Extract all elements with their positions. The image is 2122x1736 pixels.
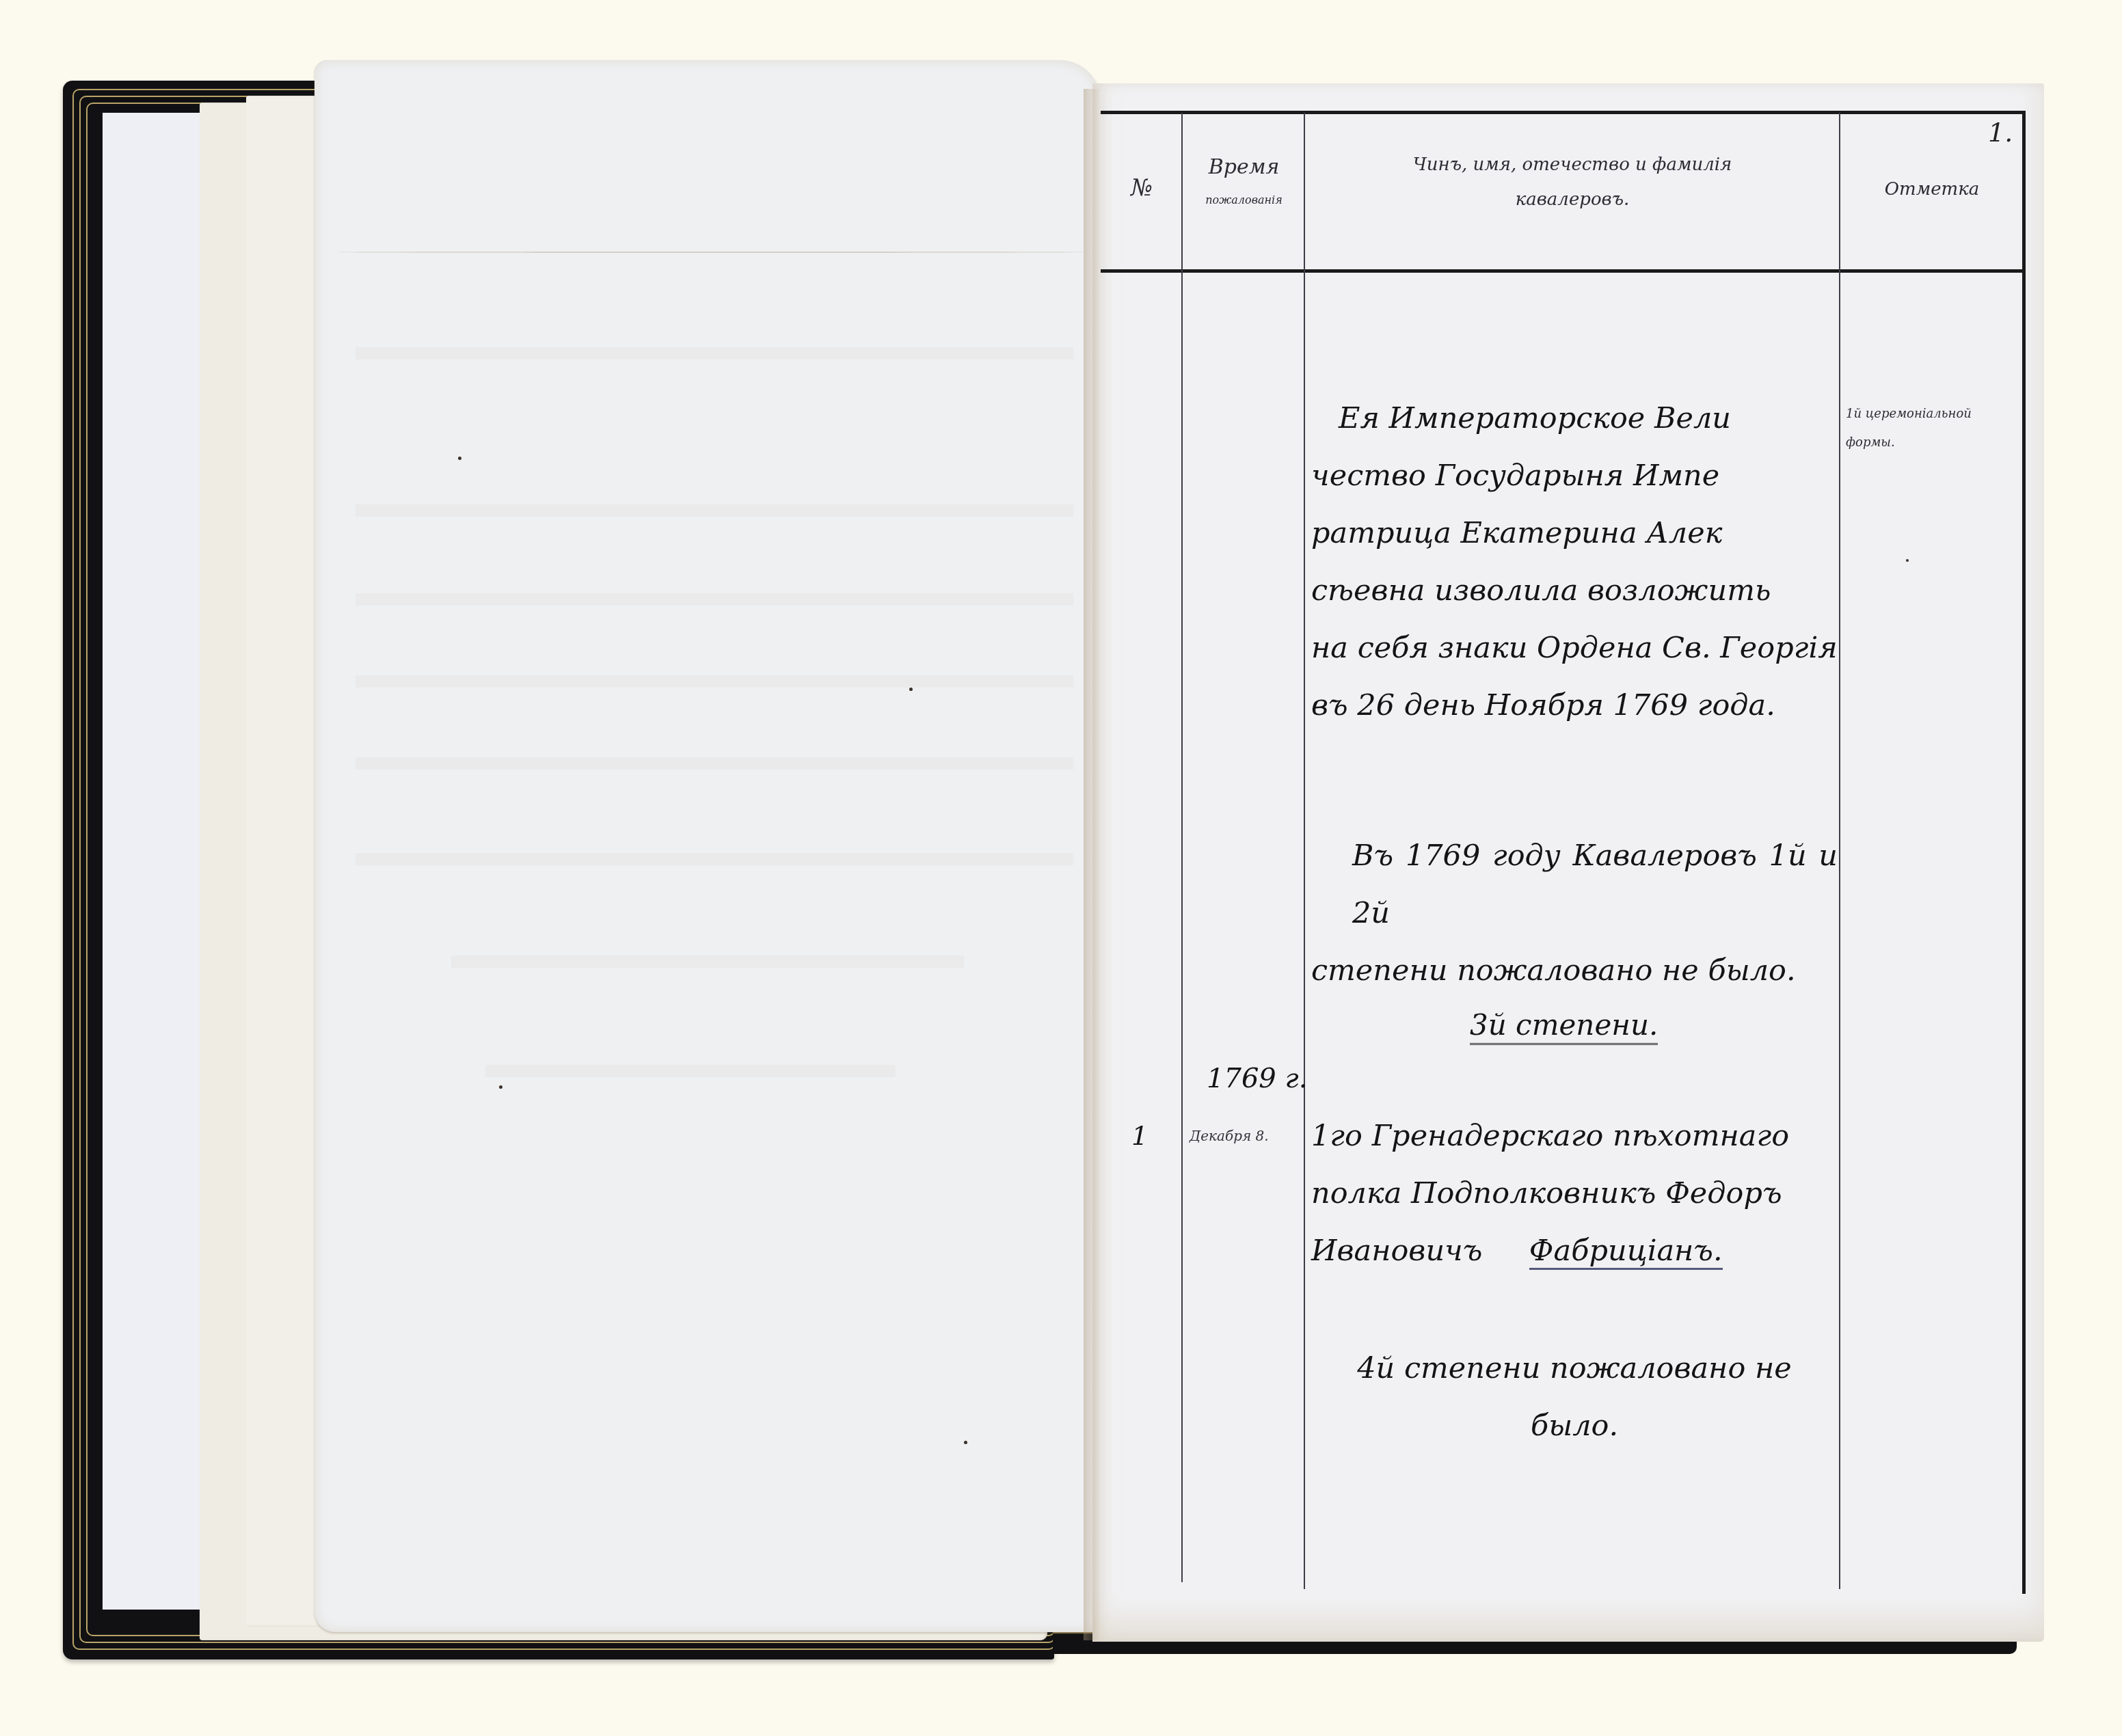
show-through-text xyxy=(485,1065,896,1077)
text-line: степени пожаловано не было. xyxy=(1311,942,1838,999)
column-header-no: № xyxy=(1102,171,1181,206)
gutter-shadow xyxy=(1084,89,1101,1640)
text-line: 4й степени пожаловано не xyxy=(1311,1340,1838,1397)
column-header-date-line2: пожалованія xyxy=(1184,192,1304,208)
show-through-text xyxy=(355,593,1073,606)
ink-speck xyxy=(499,1085,502,1089)
table-top-rule xyxy=(1101,111,2025,114)
text-line: ратрица Екатерина Алек xyxy=(1311,504,1838,562)
column-divider xyxy=(1839,113,1840,1589)
show-through-text xyxy=(355,347,1073,360)
margin-note: 1й церемоніальной формы. xyxy=(1846,400,2024,457)
ink-speck xyxy=(458,457,461,460)
text-line: въ 26 день Ноября 1769 года. xyxy=(1311,677,1838,734)
text-line: Ивановичъ Фабриціанъ. xyxy=(1311,1222,1838,1279)
notice-no-4th-class: 4й степени пожаловано не было. xyxy=(1311,1340,1838,1454)
show-through-text xyxy=(451,955,964,968)
show-through-text xyxy=(355,853,1073,865)
text-line: Въ 1769 году Кавалеровъ 1й и 2й xyxy=(1311,827,1838,942)
column-divider xyxy=(1181,113,1183,1582)
margin-note-line: формы. xyxy=(1846,429,2024,457)
column-header-name-line2: кавалеровъ. xyxy=(1307,187,1838,213)
column-divider xyxy=(1304,113,1305,1589)
text-line: полка Подполковникъ Федоръ xyxy=(1311,1165,1838,1222)
text-line: 1го Гренадерскаго пѣхотнаго xyxy=(1311,1107,1838,1165)
section-heading-3rd-class: 3й степени. xyxy=(1470,1008,1658,1042)
column-header-name-line1: Чинъ, имя, отечество и фамилія xyxy=(1307,152,1838,178)
margin-note-line: 1й церемоніальной xyxy=(1846,400,2024,429)
ink-speck xyxy=(964,1441,967,1444)
preamble-paragraph: Ея Императорское Вели чество Государыня … xyxy=(1311,390,1838,734)
entry-date: Декабря 8. xyxy=(1190,1128,1269,1144)
show-through-text xyxy=(355,757,1073,770)
entry-name: 1го Гренадерскаго пѣхотнаго полка Подпол… xyxy=(1311,1107,1838,1279)
table-right-rule xyxy=(2022,111,2026,1594)
entry-year: 1769 г. xyxy=(1207,1063,1307,1094)
column-header-note: Отметка xyxy=(1842,176,2022,203)
section-heading-text: 3й степени. xyxy=(1470,1008,1658,1045)
table-header-rule xyxy=(1101,269,2025,273)
text-line: сѣевна изволила возложить xyxy=(1311,562,1838,619)
ink-speck xyxy=(1906,559,1909,562)
show-through-text xyxy=(355,675,1073,688)
entry-number: 1 xyxy=(1131,1121,1148,1151)
left-page xyxy=(314,60,1101,1632)
text-line: на себя знаки Ордена Св. Георгія xyxy=(1311,619,1838,677)
notice-no-1st-2nd-class: Въ 1769 году Кавалеровъ 1й и 2й степени … xyxy=(1311,827,1838,999)
column-header-date: Время пожалованія xyxy=(1184,152,1304,208)
show-through-text xyxy=(355,504,1073,517)
text-line: Ея Императорское Вели xyxy=(1311,390,1838,447)
surname: Фабриціанъ. xyxy=(1529,1234,1723,1270)
header-band-line xyxy=(335,252,1087,253)
ink-speck xyxy=(909,688,913,691)
page-number: 1. xyxy=(1988,118,2013,148)
text-line: было. xyxy=(1311,1397,1838,1454)
text-line: чество Государыня Импе xyxy=(1311,447,1838,504)
given-patronymic: Ивановичъ xyxy=(1311,1234,1483,1268)
column-header-name: Чинъ, имя, отечество и фамилія кавалеров… xyxy=(1307,152,1838,213)
column-header-date-line1: Время xyxy=(1184,152,1304,182)
